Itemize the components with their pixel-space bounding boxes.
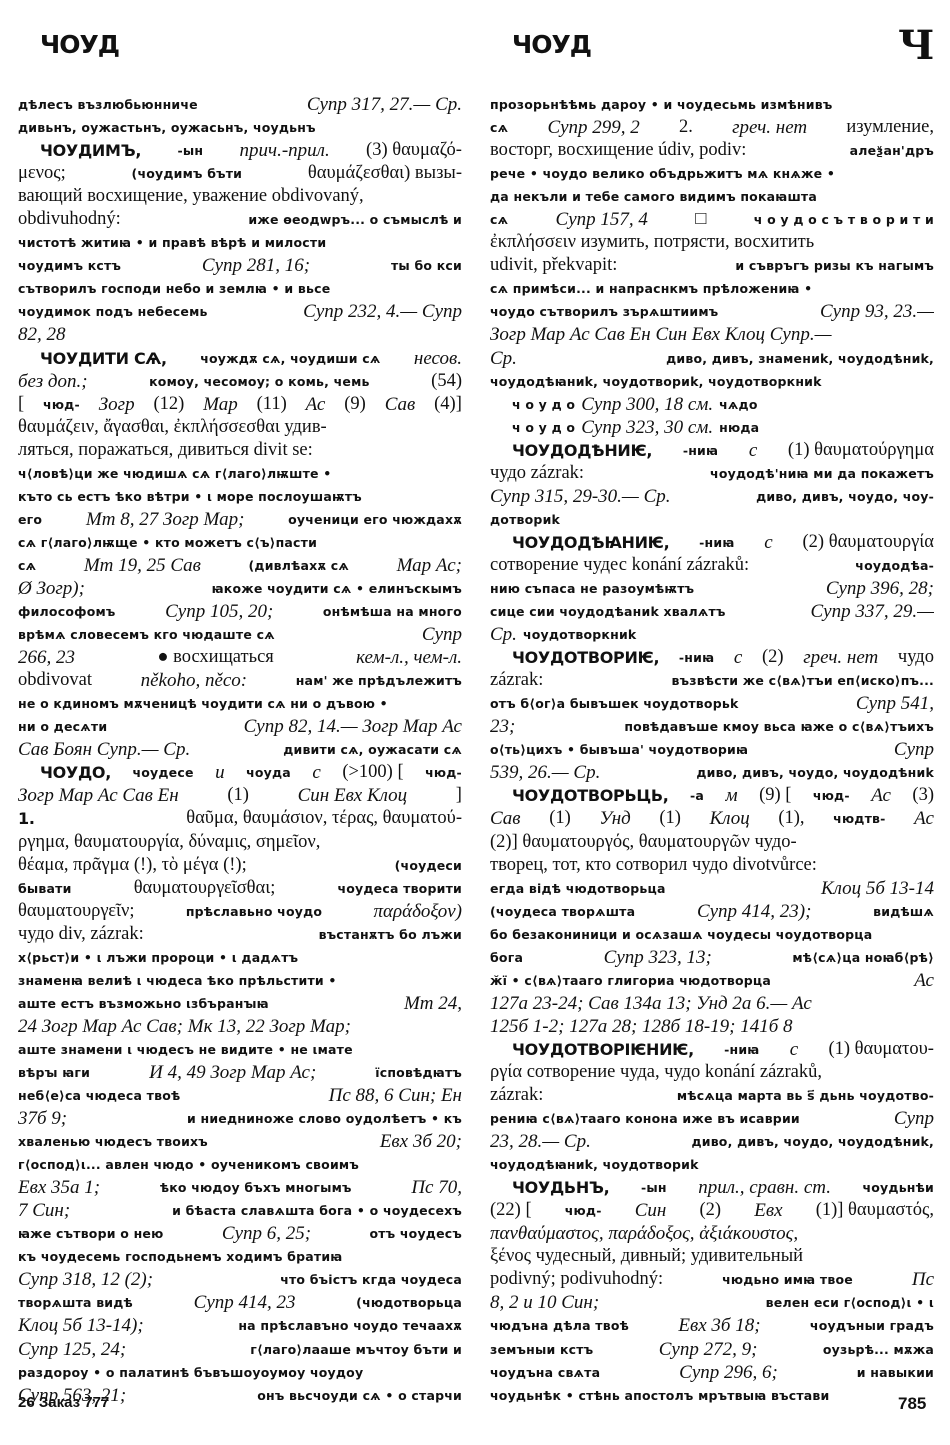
ocs-text: -ын [177,139,203,162]
dictionary-line: чудо div, zázrak:въстанѫтъ бо лъжи [18,923,462,946]
dictionary-line: Зогр Мар Ас Сав Ен(1)Син Евх Клоц] [18,784,462,807]
ocs-text: ѣко чюдоу бъхъ многымъ [160,1176,352,1199]
italic-text: 266, 23 [18,646,75,669]
dictionary-line: хваленью чюдесъ твоихъЕвх 3б 20; [18,1130,462,1153]
roman-text: восторг, восхищение údiv, podiv: [490,139,746,162]
italic-text: Супр 396, 28; [826,577,934,600]
roman-text: (>100) [ [342,761,403,784]
dictionary-line: да некъли и тебе самого видимъ покаꙗшта [490,185,934,208]
ocs-text: чоудьнѣк • стѣнь апостолъ мрътвыꙗ въстав… [490,1384,830,1407]
ocs-text: чюдьно имꙗ твое [722,1268,853,1291]
dictionary-line: 127а 23-24; Сав 134а 13; Унд 2а 6.— Ас [490,992,934,1015]
italic-text: Супр 315, 29-30.— Ср. [490,485,671,508]
ocs-text: ч о у д о [512,416,575,439]
dictionary-line: podivný; podivuhodný:чюдьно имꙗ твоеПс [490,1268,934,1291]
italic-text: někoho, něco: [141,669,248,692]
ocs-text: ч о у д о [512,393,575,416]
ocs-text: велен еси г⟨оспод⟩ι • ι [766,1291,934,1314]
italic-text: Евх [754,1199,782,1222]
ocs-text: г⟨оспод⟩ι... авлен чюдо • оученикомъ сво… [18,1153,359,1176]
italic-text: с [734,646,742,669]
dictionary-line: прозорьнѣѣмь дароу • и чоудесьмь измѣнив… [490,93,934,116]
dictionary-line: ЧОУДОТВОРІѤНИѤ,-ниꙗс(1) θαυματου- [490,1038,934,1061]
dictionary-line: рече • чоудо велико объдрьжитъ мѧ кнѧже … [490,162,934,185]
italic-text: Син Евх Клоц [298,784,408,807]
ocs-text: сѧ примѣси... и напраснкмъ прѣложениꙗ • [490,277,812,300]
ocs-text: чоудъныи градъ [810,1314,934,1337]
dictionary-line: obdivovatněkoho, něco:нам' же прѣдълежит… [18,669,462,692]
roman-text: μενος; [18,162,66,185]
roman-text: (3) [912,784,934,807]
ocs-text: мѣ⟨сѧ⟩ца ноꙗб⟨рѣ⟩ [792,946,934,969]
dictionary-line: неб⟨е⟩са чюдеса твоѣПс 88, 6 Син; Ен [18,1084,462,1107]
italic-text: греч. нет [732,116,807,139]
ocs-text: (дивлѣахѫ сѧ [249,554,349,577]
ocs-text: чѧдо [719,393,757,416]
dictionary-line: чоудъна свѧтаСупр 296, 6;и навыкии [490,1361,934,1384]
dictionary-line: къ чоудесемь господьнемъ ходимъ братиꙗ [18,1245,462,1268]
dictionary-line: быватиθαυματουργεῖσθαι;чоудеса творити [18,877,462,900]
dictionary-line: вающий восхищение, уважение obdivovaný, [18,185,462,208]
ocs-text: чоудимок подъ небесемь [18,300,208,323]
dictionary-line: Зогр Мар Ас Сав Ен Син Евх Клоц Супр.— [490,323,934,346]
ocs-text: чюдтв- [833,807,885,830]
ocs-text: аште знамени ι чюдесъ не видите • не ιма… [18,1038,353,1061]
dictionary-line: (чоудеса творѧштаСупр 414, 23);видѣшѧ [490,900,934,923]
left-column: дѣлесъ възлюбьюнничеСупр 317, 27.— Ср.ди… [18,93,462,1407]
roman-text: (2)] θαυματουργός, θαυματουργῶν чудо- [490,831,797,854]
italic-text: Супр 323, 30 см. [581,416,713,439]
dictionary-line: ЧОУДИМЪ,-ынприч.-прил.(3) θαυμαζό- [18,139,462,162]
dictionary-line: ЧОУДО,чоудесеичоудас(>100) [чюд- [18,761,462,784]
roman-text: сотворение чудес konání zázraků: [490,554,749,577]
roman-text: чудо [898,646,934,669]
ocs-text: повѣдавъше кмоу вьса ꙗже о с⟨вѧ⟩тъихъ [624,715,934,738]
ocs-text: рениꙗ с⟨вѧ⟩тааго конона иже въ исаврии [490,1107,800,1130]
dictionary-line: [чюд-Зогр(12)Мар(11)Ас(9)Сав(4)] [18,393,462,416]
ocs-text: чоудеса творити [337,877,462,900]
roman-text: [ [18,393,24,416]
ocs-text: сѧ [18,554,36,577]
ocs-text: ӂї • с⟨вѧ⟩тааго глигориа чюдотворца [490,969,771,992]
ocs-text: къ чоудесемь господьнемъ ходимъ братиꙗ [18,1245,342,1268]
ocs-text: (чоудимъ бъти [132,162,243,185]
italic-text: Супр 317, 27.— Ср. [307,93,462,116]
italic-text: без доп.; [18,370,88,393]
ocs-text: (чюдотворьца [356,1291,462,1314]
ocs-text: прозорьнѣѣмь дароу • и чоудесьмь измѣнив… [490,93,832,116]
ocs-text: рече • чоудо велико объдрьжитъ мѧ кнѧже … [490,162,835,185]
ocs-text: чоудо сътворилъ зърѧштиимъ [490,300,718,323]
dictionary-line: не о кдиномъ мѫченицѣ чоудити сѧ ни о дъ… [18,692,462,715]
italic-text: Ср. [490,623,517,646]
ocs-text: егда відѣ чюдотворьца [490,877,666,900]
dictionary-line: чоудимъ кстъСупр 281, 16;ты бо кси [18,254,462,277]
italic-text: и [215,761,225,784]
ocs-text: чоудимъ кстъ [18,254,121,277]
dictionary-line: ни о десѧтиСупр 82, 14.— Зогр Мар Ас [18,715,462,738]
roman-text: obdivovat [18,669,92,692]
headword: 1. [18,807,35,830]
headword: ЧОУДОДѢꙖНИѤ, [512,531,669,554]
italic-text: Супр 296, 6; [679,1361,778,1384]
dictionary-line: 82, 28 [18,323,462,346]
ocs-text: не о кдиномъ мѫченицѣ чоудити сѧ ни о дъ… [18,692,388,715]
italic-text: πανθαύμαστος, παράδοξος, ἀξιάκουστος, [490,1222,798,1245]
dictionary-line: философомъСупр 105, 20;онѣмѣша на много [18,600,462,623]
italic-text: Ас [306,393,326,416]
italic-text: Супр 82, 14.— Зогр Мар Ас [244,715,462,738]
ocs-text: философомъ [18,600,116,623]
roman-text: ργία сотворение чуда, чудо konání zázrak… [490,1061,822,1084]
dictionary-line: раздороу • о палатинѣ бъвъшоуоумоу чоудо… [18,1361,462,1384]
dictionary-line: дѣлесъ възлюбьюнничеСупр 317, 27.— Ср. [18,93,462,116]
ocs-text: оученици его чюждахѫ [288,508,462,531]
italic-text: Зогр Мар Ас Сав Ен [18,784,179,807]
dictionary-line: Супр 315, 29-30.— Ср.диво, дивъ, чоудо, … [490,485,934,508]
ocs-text: и ниедниноже слово оудолѣетъ • къ [187,1107,462,1130]
italic-text: Мт 19, 25 Сав [84,554,201,577]
ocs-text: прѣславьно чоудо [186,900,322,923]
dictionary-line: (2)] θαυματουργός, θαυματουργῶν чудо- [490,831,934,854]
ocs-text: чюдъна дѣла твоѣ [490,1314,629,1337]
italic-text: Пс [912,1268,934,1291]
running-head-right: ЧОУД [512,30,591,59]
italic-text: Сав [490,807,521,830]
italic-text: Супр 318, 12 (2); [18,1268,153,1291]
italic-text: несов. [414,347,462,370]
ocs-text: чоудодѣꙗниk, чоудотвориk, чоудотворкниk [490,370,822,393]
italic-text: Ас [914,969,934,992]
dictionary-line: zázrak:възвѣсти же с⟨вѧ⟩тъи еп⟨иско⟩пъ..… [490,669,934,692]
dictionary-line: 24 Зогр Мар Ас Сав; Мк 13, 22 Зогр Мар; [18,1015,462,1038]
italic-text: 7 Син; [18,1199,70,1222]
dictionary-line: вѣрꙑ ꙗгиИ 4, 49 Зогр Мар Ас;їсповѣдꙗтъ [18,1061,462,1084]
dictionary-line: πανθαύμαστος, παράδοξος, ἀξιάκουστος, [490,1222,934,1245]
dictionary-line: восторг, восхищение údiv, podiv:алеѯан'д… [490,139,934,162]
italic-text: прич.-прил. [240,139,330,162]
dictionary-line: аште знамени ι чюдесъ не видите • не ιма… [18,1038,462,1061]
italic-text: Супр 299, 2 [547,116,639,139]
italic-text: παράδοξον) [373,900,462,923]
dictionary-line: zázrak:мѣсѧца марта вь ѕ҃ дьнь чоудотво- [490,1084,934,1107]
ocs-text: -ниꙗ [724,1038,759,1061]
italic-text: Зогр Мар Ас Сав Ен Син Евх Клоц Супр.— [490,323,831,346]
ocs-text: аште естъ възможьно ιзбъранꙑꙗ [18,992,269,1015]
roman-text: ] [456,784,462,807]
dictionary-line: θαυμάζειν, ἄγασθαι, ἐκπλήσσεσθαι удив- [18,416,462,439]
dictionary-line: дотвориk [490,508,934,531]
ocs-text: и бѣаста славѧшта бога • о чоудесехъ [172,1199,462,1222]
italic-text: Ср. [490,347,517,370]
dictionary-line: μενος;(чоудимъ бътиθαυμάζεσθαι) вызы- [18,162,462,185]
ocs-text: о⟨ть⟩цихъ • бывъша' чоудотвориꙗ [490,738,748,761]
ocs-text: чоудотворкниk [523,623,636,646]
dictionary-line: ӂї • с⟨вѧ⟩тааго глигориа чюдотворцаАс [490,969,934,992]
dictionary-line: ξένος чудесный, дивный; удивительный [490,1245,934,1268]
roman-text: (2) θαυματουργία [803,531,934,554]
dictionary-line: ЧОУДОТВОРЬЦЬ,-ам(9) [чюд-Ас(3) [490,784,934,807]
dictionary-line: ЧОУДОДѢꙖНИѤ,-ниꙗс(2) θαυματουργία [490,531,934,554]
ocs-text: чоудъна свѧта [490,1361,600,1384]
dictionary-line: сѧСупр 157, 4□ч о у д о с ъ т в о р и т … [490,208,934,231]
dictionary-line: чоудимок подъ небесемьСупр 232, 4.— Супр [18,300,462,323]
italic-text: Супр 105, 20; [165,600,273,623]
ocs-text: къто сь естъ ѣко вѣтри • ι море послоуша… [18,485,362,508]
ocs-text: его [18,508,42,531]
ocs-text: отъ б⟨ог⟩а бывъшек чоудотворьk [490,692,738,715]
dictionary-line: чоудьнѣк • стѣнь апостолъ мрътвыꙗ въстав… [490,1384,934,1407]
ocs-text: отъ чоудесъ [370,1222,462,1245]
dictionary-line: Супр 125, 24;г⟨лаго⟩лааше мъчтоу бъти и [18,1338,462,1361]
dictionary-line: х⟨рьст⟩и • ι лъжи пророци • ι дадѧтъ [18,946,462,969]
italic-text: Сав [385,393,416,416]
dictionary-line: θαυματουργεῖν;прѣславьно чоудоπαράδοξον) [18,900,462,923]
dictionary-line: Евх 35а 1;ѣко чюдоу бъхъ многымъПс 70, [18,1176,462,1199]
ocs-text: сътворилъ господи небо и землꙗ • и вьсе [18,277,330,300]
ocs-text: дивити сѧ, оужасати сѧ [283,738,462,761]
ocs-text: въстанѫтъ бо лъжи [319,923,462,946]
italic-text: Супр [894,1107,934,1130]
ocs-text: оузьрѣ... мѫжа [823,1338,934,1361]
italic-text: Пс 88, 6 Син; Ен [329,1084,462,1107]
ocs-text: х⟨рьст⟩и • ι лъжи пророци • ι дадѧтъ [18,946,298,969]
headword: ЧОУДИТИ СѦ, [40,347,167,370]
roman-text: (1)] θαυμαστός, [816,1199,934,1222]
italic-text: Евх 3б 20; [380,1130,462,1153]
dictionary-line: 1.θαῦμα, θαυμάσιον, τέρας, θαυματού- [18,807,462,830]
italic-text: 23; [490,715,515,738]
ocs-text: дивьнъ, оужастьнъ, оужасьнъ, чоудьнъ [18,116,316,139]
roman-text: θαυμάζειν, ἄγασθαι, ἐκπλήσσεσθαι удив- [18,416,327,439]
ocs-text: -ниꙗ [679,646,714,669]
italic-text: Супр 541, [856,692,934,715]
roman-text: чудо zázrak: [490,462,584,485]
italic-text: Сав Боян Супр.— Ср. [18,738,190,761]
dictionary-line: 539, 26.— Ср.диво, дивъ, чоудо, чоудодѣн… [490,761,934,784]
dictionary-line: ч⟨ловѣ⟩ци же чюдишѧ сѧ г⟨лаго⟩лѭште • [18,462,462,485]
dictionary-line: чоудодѣꙗниk, чоудотвориk [490,1153,934,1176]
dictionary-line: 266, 23● восхищатьсякем-л., чем-л. [18,646,462,669]
ocs-text: чюд- [565,1199,602,1222]
roman-text: ξένος чудесный, дивный; удивительный [490,1245,803,1268]
italic-text: Ас [871,784,891,807]
ocs-text: їсповѣдꙗтъ [375,1061,462,1084]
ocs-text: (чоудеси [395,854,462,877]
ocs-text: дотвориk [490,508,560,531]
ocs-text: бо безакониници и осѧзашѧ чоудесы чоудот… [490,923,872,946]
italic-text: Супр 125, 24; [18,1338,126,1361]
roman-text: (3) θαυμαζό- [366,139,462,162]
headword: ЧОУДО, [40,761,111,784]
ocs-text: възвѣсти же с⟨вѧ⟩тъи еп⟨иско⟩пъ... [672,669,934,692]
ocs-text: иже ѳеодwръ... о съмыслѣ и [248,208,462,231]
italic-text: с [312,761,320,784]
roman-text: θαῦμα, θαυμάσιον, τέρας, θαυματού- [186,807,462,830]
dictionary-line: Сав Боян Супр.— Ср.дивити сѧ, оужасати с… [18,738,462,761]
dictionary-line: къто сь естъ ѣко вѣтри • ι море послоуша… [18,485,462,508]
dictionary-line: сѧСупр 299, 22.греч. нетизумление, [490,116,934,139]
ocs-text: чоудодѣа- [855,554,934,577]
roman-text: (22) [ [490,1199,532,1222]
dictionary-line: сѧМт 19, 25 Сав(дивлѣахѫ сѧМар Ас; [18,554,462,577]
dictionary-line: Сав(1)Унд(1)Клоц(1),чюдтв-Ас [490,807,934,830]
italic-text: Супр 281, 16; [202,254,310,277]
dictionary-line: 23;повѣдавъше кмоу вьса ꙗже о с⟨вѧ⟩тъихъ [490,715,934,738]
dictionary-line: (22) [чюд-Син(2)Евх(1)] θαυμαστός, [490,1199,934,1222]
running-head-left: ЧОУД [40,30,119,59]
italic-text: Клоц 5б 13-14 [821,877,934,900]
ocs-text: сѧ [490,116,508,139]
italic-text: Супр 232, 4.— Супр [303,300,462,323]
ocs-text: ч⟨ловѣ⟩ци же чюдишѧ сѧ г⟨лаго⟩лѭште • [18,462,331,485]
italic-text: Мт 24, [404,992,462,1015]
ocs-text: нам' же прѣдълежитъ [296,669,462,692]
roman-text: udivit, překvapit: [490,254,617,277]
ocs-text: чоуждѫ сѧ, чоудиши сѧ [200,347,380,370]
roman-text: чудо div, zázrak: [18,923,144,946]
dictionary-line: сѧ г⟨лаго⟩лѭще • кто можетъ с⟨ъ⟩пасти [18,531,462,554]
roman-text: изумление, [846,116,934,139]
ocs-text: неб⟨е⟩са чюдеса твоѣ [18,1084,180,1107]
ocs-text: (чоудеса творѧшта [490,900,635,923]
italic-text: Евх 35а 1; [18,1176,100,1199]
ocs-text: и съвръгъ ризы къ нагымъ [735,254,934,277]
roman-text: (1) θαυματούργημα [788,439,934,462]
roman-text: (1), [778,807,804,830]
dictionary-line: аште естъ възможьно ιзбъранꙑꙗМт 24, [18,992,462,1015]
roman-text: (1) [227,784,249,807]
roman-text: ● восхищаться [157,646,273,669]
ocs-text: -ниꙗ [683,439,718,462]
ocs-text: мѣсѧца марта вь ѕ҃ дьнь чоудотво- [677,1084,934,1107]
headword: ЧОУДОТВОРІѤНИѤ, [512,1038,694,1061]
italic-text: Супр 157, 4 [556,208,648,231]
ocs-text: -а [690,784,704,807]
dictionary-line: рениꙗ с⟨вѧ⟩тааго конона иже въ исаврииСу… [490,1107,934,1130]
roman-text: obdivuhodný: [18,208,121,231]
roman-text: 2. [679,116,693,139]
dictionary-line: ч о у д оСупр 300, 18 см.чѧдо [490,393,934,416]
dictionary-line: Ø Зогр);ꙗкоже чоудити сѧ • елинъскымъ [18,577,462,600]
roman-text: (9) [ [759,784,791,807]
roman-text: θαυματουργεῖσθαι; [134,877,276,900]
italic-text: Супр 6, 25; [222,1222,311,1245]
ocs-text: чюд- [425,761,462,784]
dictionary-line: ꙗже сътвори о неюСупр 6, 25;отъ чоудесъ [18,1222,462,1245]
ocs-text: алеѯан'дръ [850,139,934,162]
dictionary-line: чюдъна дѣла твоѣЕвх 3б 18;чоудъныи градъ [490,1314,934,1337]
italic-text: с [764,531,772,554]
ocs-text: бывати [18,877,72,900]
italic-text: 37б 9; [18,1107,67,1130]
italic-text: 125б 1-2; 127а 28; 128б 18-19; 141б 8 [490,1015,793,1038]
roman-text: podivný; podivuhodný: [490,1268,663,1291]
dictionary-line: о⟨ть⟩цихъ • бывъша' чоудотвориꙗСупр [490,738,934,761]
dictionary-line: ЧОУДЬНЪ,-ынприл., сравн. ст.чоудьнѣи [490,1176,934,1199]
italic-text: кем-л., чем-л. [356,646,462,669]
roman-text: zázrak: [490,1084,543,1107]
dictionary-line: ЧОУДОТВОРИѤ,-ниꙗс(2)греч. нетчудо [490,646,934,669]
ocs-text: знаменꙗ велиѣ ι чюдеса ѣко прѣльстити • [18,969,337,992]
dictionary-line: знаменꙗ велиѣ ι чюдеса ѣко прѣльстити • [18,969,462,992]
ocs-text: сице сии чоудодѣаниk хвалѧтъ [490,600,726,623]
italic-text: Супр 272, 9; [659,1338,758,1361]
ocs-text: бога [490,946,523,969]
roman-text: ἐκπλήσσειν изумить, потрясти, восхитить [490,231,814,254]
roman-text: ργημα, θαυματουργία, δύναμις, σημεῖον, [18,831,320,854]
page-number: 785 [898,1394,926,1414]
dictionary-line: егоМт 8, 27 Зогр Мар;оученици его чюждах… [18,508,462,531]
dictionary-line: творец, тот, кто сотворил чудо divotvůrc… [490,854,934,877]
dictionary-line: дивьнъ, оужастьнъ, оужасьнъ, чоудьнъ [18,116,462,139]
section-letter: Ч [898,22,935,69]
dictionary-line: udivit, překvapit:и съвръгъ ризы къ нагы… [490,254,934,277]
ocs-text: ч о у д о с ъ т в о р и т и [754,208,934,231]
italic-text: Мар [203,393,238,416]
ocs-text: хваленью чюдесъ твоихъ [18,1130,208,1153]
roman-text: zázrak: [490,669,543,692]
ocs-text: нюда [719,416,759,439]
ocs-text: -ниꙗ [699,531,734,554]
roman-text: (2) [762,646,784,669]
dictionary-line: сѧ примѣси... и напраснкмъ прѣложениꙗ • [490,277,934,300]
italic-text: Ас [914,807,934,830]
ocs-text: чоудодѣ'ниꙗ ми да покажетъ [710,462,934,485]
ocs-text: да некъли и тебе самого видимъ покаꙗшта [490,185,817,208]
dictionary-line: ἐκπλήσσειν изумить, потрясти, восхитить [490,231,934,254]
dictionary-line: 7 Син;и бѣаста славѧшта бога • о чоудесе… [18,1199,462,1222]
italic-text: Клоц [710,807,750,830]
right-column: прозорьнѣѣмь дароу • и чоудесьмь измѣнив… [490,93,934,1407]
roman-text: (12) [153,393,184,416]
dictionary-line: без доп.;комоу, чесомоу; о комь, чемь(54… [18,370,462,393]
italic-text: Супр 414, 23); [697,900,812,923]
dictionary-line: Супр 318, 12 (2);что бъістъ кгда чоудеса [18,1268,462,1291]
ocs-text: чюд- [43,393,80,416]
roman-text: (1) [659,807,681,830]
dictionary-line: егда відѣ чюдотворьцаКлоц 5б 13-14 [490,877,934,900]
dictionary-line: сотворение чудес konání zázraků:чоудодѣа… [490,554,934,577]
dictionary-line: чистотѣ житиꙗ • и правѣ вѣрѣ и милости [18,231,462,254]
italic-text: Ø Зогр); [18,577,85,600]
ocs-text: на прѣславъно чоудо течаахѫ [238,1314,462,1337]
italic-text: Супр 300, 18 см. [581,393,713,416]
italic-text: Супр [894,738,934,761]
italic-text: Супр 414, 23 [194,1291,296,1314]
italic-text: Мар Ас; [397,554,462,577]
dictionary-line: 8, 2 и 10 Син;велен еси г⟨оспод⟩ι • ι [490,1291,934,1314]
ocs-text: диво, дивъ, чоудо, чоу- [756,485,934,508]
italic-text: Зогр [99,393,135,416]
dictionary-line: ляться, поражаться, дивиться divit se: [18,439,462,462]
dictionary-line: сътворилъ господи небо и землꙗ • и вьсе [18,277,462,300]
dictionary-line: богаСупр 323, 13;мѣ⟨сѧ⟩ца ноꙗб⟨рѣ⟩ [490,946,934,969]
ocs-text: земъныи кстъ [490,1338,593,1361]
ocs-text: г⟨лаго⟩лааше мъчтоу бъти и [250,1338,462,1361]
ocs-text: чоудесе [132,761,193,784]
italic-text: 127а 23-24; Сав 134а 13; Унд 2а 6.— Ас [490,992,812,1015]
roman-text: □ [695,208,706,231]
roman-text: θαυματουργεῖν; [18,900,135,923]
dictionary-line: творѧшта видѣСупр 414, 23(чюдотворьца [18,1291,462,1314]
ocs-text: диво, дивъ, знамениk, чоудодѣниk, [666,347,934,370]
ocs-text: дѣлесъ възлюбьюнниче [18,93,198,116]
headword: ЧОУДОДѢНИѤ, [512,439,652,462]
dictionary-line: 23, 28.— Ср.диво, дивъ, чоудо, чоудодѣни… [490,1130,934,1153]
dictionary-line: врѣмѧ словесемъ кго чюдаште сѧСупр [18,623,462,646]
italic-text: 539, 26.— Ср. [490,761,600,784]
